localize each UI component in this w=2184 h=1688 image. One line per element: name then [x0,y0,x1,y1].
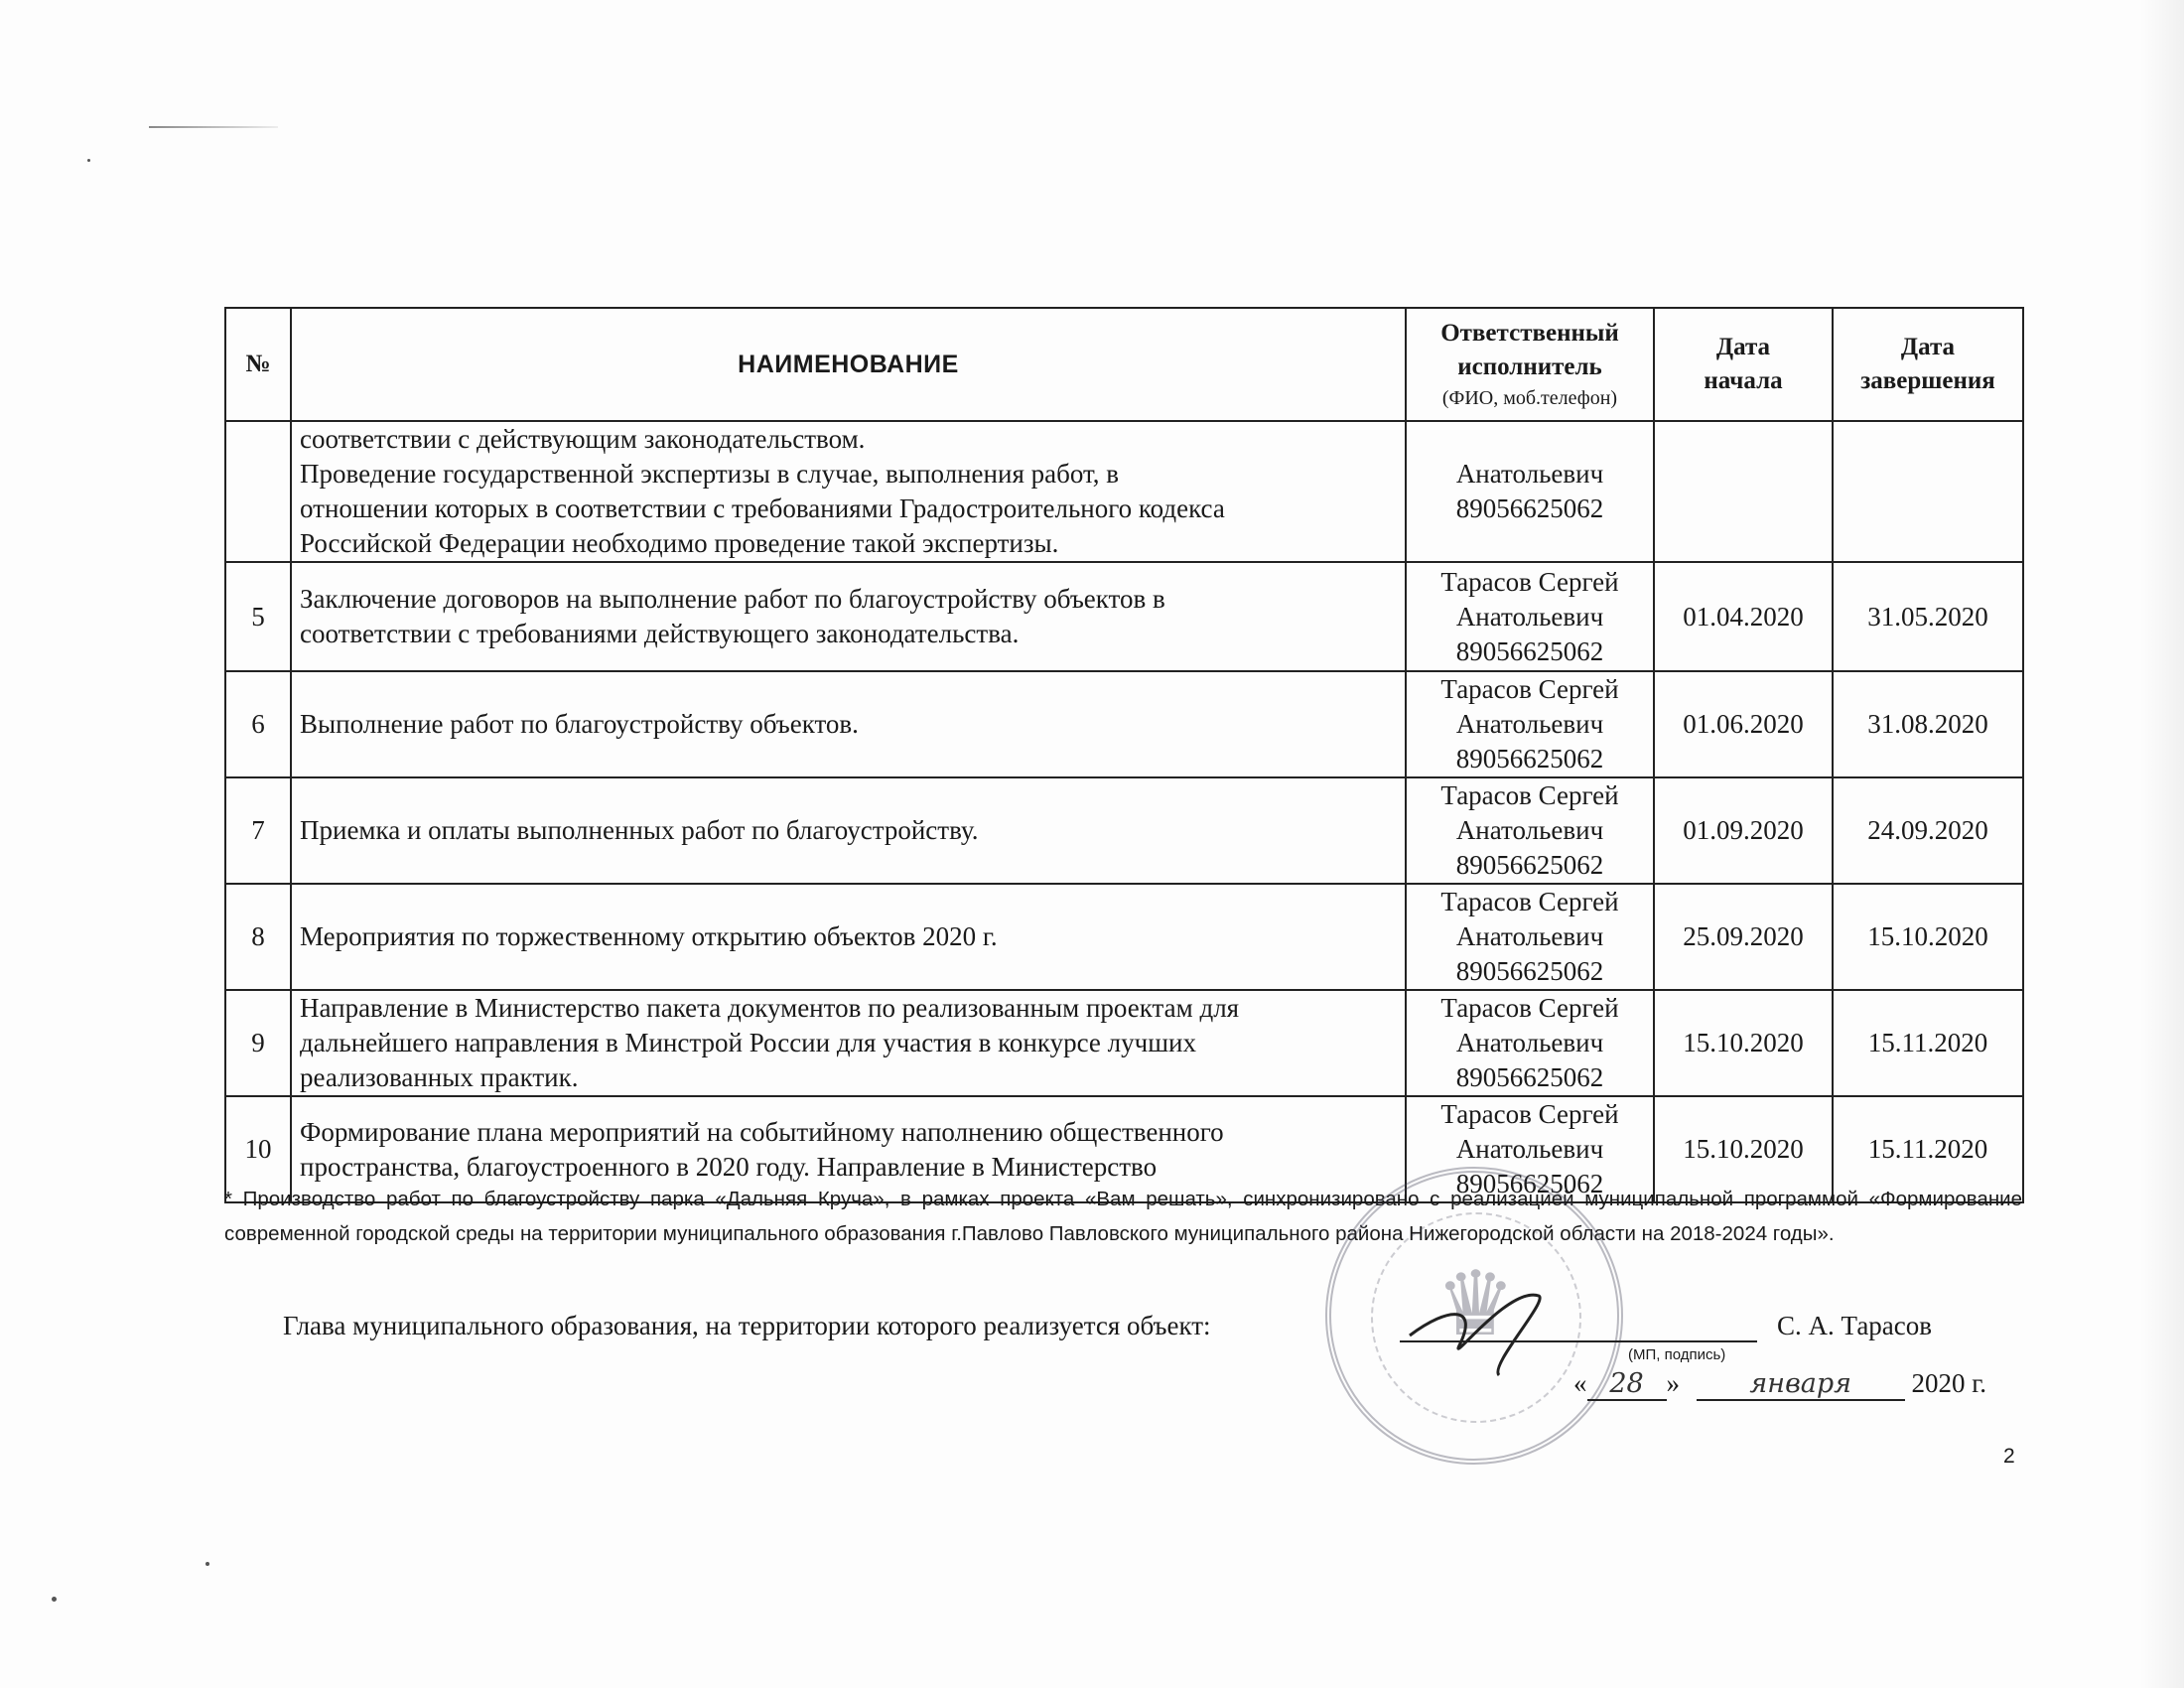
header-start-date: Дата начала [1654,308,1833,421]
row-responsible-line: Тарасов Сергей [1415,565,1645,600]
row-responsible-line: 89056625062 [1415,742,1645,776]
row-responsible-line: 89056625062 [1415,954,1645,989]
row-responsible-line: Тарасов Сергей [1415,1097,1645,1132]
scan-shadow-edge [2139,0,2184,1688]
row-responsible-line: Тарасов Сергей [1415,885,1645,919]
row-end-date: 15.11.2020 [1833,990,2023,1096]
table-row-continuation: соответствии с действующим законодательс… [225,421,2023,562]
row-responsible: Тарасов СергейАнатольевич89056625062 [1406,990,1654,1096]
header-end-line2: завершения [1842,364,2014,398]
row-num: 7 [225,777,291,884]
row-name-line: Российской Федерации необходимо проведен… [300,526,1397,561]
row-end-date: 31.05.2020 [1833,562,2023,671]
footnote: * Производство работ по благоустройству … [224,1182,2022,1251]
row-name-line: отношении которых в соответствии с требо… [300,492,1397,526]
table-row: 8Мероприятия по торжественному открытию … [225,884,2023,990]
row-responsible-line: Анатольевич [1415,1026,1645,1060]
row-name: Направление в Министерство пакета докуме… [291,990,1406,1096]
row-start-date: 01.09.2020 [1654,777,1833,884]
header-name: НАИМЕНОВАНИЕ [291,308,1406,421]
row-end-date [1833,421,2023,562]
header-end-date: Дата завершения [1833,308,2023,421]
date-month: января [1697,1368,1905,1401]
row-name-line: Мероприятия по торжественному открытию о… [300,919,1397,954]
row-responsible: Тарасов СергейАнатольевич89056625062 [1406,562,1654,671]
row-end-date: 24.09.2020 [1833,777,2023,884]
row-responsible-line: Анатольевич [1415,1132,1645,1167]
row-responsible: Тарасов СергейАнатольевич89056625062 [1406,777,1654,884]
row-responsible-line: 89056625062 [1415,848,1645,883]
row-end-date: 15.10.2020 [1833,884,2023,990]
row-responsible: Тарасов СергейАнатольевич89056625062 [1406,671,1654,777]
scan-artifact [52,1597,57,1602]
row-responsible-line: Анатольевич [1415,919,1645,954]
row-start-date: 01.04.2020 [1654,562,1833,671]
row-num: 5 [225,562,291,671]
row-name: Выполнение работ по благоустройству объе… [291,671,1406,777]
schedule-table: № НАИМЕНОВАНИЕ Ответственный исполнитель… [224,307,2024,1203]
row-responsible-line: 89056625062 [1415,492,1645,526]
row-end-date: 31.08.2020 [1833,671,2023,777]
row-name-line: Направление в Министерство пакета докуме… [300,991,1397,1026]
row-name: Мероприятия по торжественному открытию о… [291,884,1406,990]
signature-date: «28» января 2020 г. [1573,1368,1986,1401]
date-quote-close: » [1667,1368,1681,1398]
row-start-date: 25.09.2020 [1654,884,1833,990]
header-start-line1: Дата [1663,331,1824,364]
row-name-line: Проведение государственной экспертизы в … [300,457,1397,492]
row-responsible: Анатольевич 89056625062 [1406,421,1654,562]
date-year: 2020 г. [1912,1368,1987,1398]
page-number: 2 [2003,1445,2015,1469]
row-num: 8 [225,884,291,990]
scan-artifact [149,126,278,128]
row-responsible-line: Анатольевич [1415,457,1645,492]
date-day: 28 [1587,1368,1667,1401]
row-num: 9 [225,990,291,1096]
signature-line [1400,1340,1757,1342]
row-name-line: соответствии с действующим законодательс… [300,422,1397,457]
row-name-line: соответствии с требованиями действующего… [300,617,1397,651]
row-name-line: Заключение договоров на выполнение работ… [300,582,1397,617]
table-body: 5Заключение договоров на выполнение рабо… [225,562,2023,1202]
row-responsible-line: Анатольевич [1415,813,1645,848]
scan-artifact [87,159,90,162]
row-num: 6 [225,671,291,777]
row-num [225,421,291,562]
row-name-line: Выполнение работ по благоустройству объе… [300,707,1397,742]
header-end-line1: Дата [1842,331,2014,364]
header-responsible-line1: Ответственный [1415,317,1645,351]
row-responsible-line: 89056625062 [1415,1060,1645,1095]
row-name: Приемка и оплаты выполненных работ по бл… [291,777,1406,884]
stamp-signature-caption: (МП, подпись) [1628,1346,1725,1363]
handwritten-signature-icon [1390,1266,1588,1385]
signatory-name: С. А. Тарасов [1777,1311,1932,1341]
row-responsible: Тарасов СергейАнатольевич89056625062 [1406,884,1654,990]
row-name-line: пространства, благоустроенного в 2020 го… [300,1150,1397,1185]
row-start-date [1654,421,1833,562]
header-responsible-line2: исполнитель [1415,351,1645,384]
row-name-line: Формирование плана мероприятий на событи… [300,1115,1397,1150]
row-name-line: дальнейшего направления в Минстрой Росси… [300,1026,1397,1060]
row-responsible-line: Тарасов Сергей [1415,991,1645,1026]
row-start-date: 15.10.2020 [1654,990,1833,1096]
header-responsible: Ответственный исполнитель (ФИО, моб.теле… [1406,308,1654,421]
header-num: № [225,308,291,421]
table-row: 6Выполнение работ по благоустройству объ… [225,671,2023,777]
row-responsible-line: 89056625062 [1415,634,1645,669]
row-responsible-line: Анатольевич [1415,707,1645,742]
header-responsible-sub: (ФИО, моб.телефон) [1415,384,1645,412]
table-row: 5Заключение договоров на выполнение рабо… [225,562,2023,671]
row-start-date: 01.06.2020 [1654,671,1833,777]
row-name: соответствии с действующим законодательс… [291,421,1406,562]
row-name: Заключение договоров на выполнение работ… [291,562,1406,671]
scan-artifact [205,1562,209,1566]
table-header-row: № НАИМЕНОВАНИЕ Ответственный исполнитель… [225,308,2023,421]
table-row: 9Направление в Министерство пакета докум… [225,990,2023,1096]
row-responsible-line: Тарасов Сергей [1415,672,1645,707]
row-responsible-line: Тарасов Сергей [1415,778,1645,813]
table-row: 7Приемка и оплаты выполненных работ по б… [225,777,2023,884]
header-start-line2: начала [1663,364,1824,398]
row-responsible-line: Анатольевич [1415,600,1645,634]
row-name-line: реализованных практик. [300,1060,1397,1095]
signature-label: Глава муниципального образования, на тер… [283,1311,1211,1341]
row-name-line: Приемка и оплаты выполненных работ по бл… [300,813,1397,848]
date-quote-open: « [1573,1368,1587,1398]
